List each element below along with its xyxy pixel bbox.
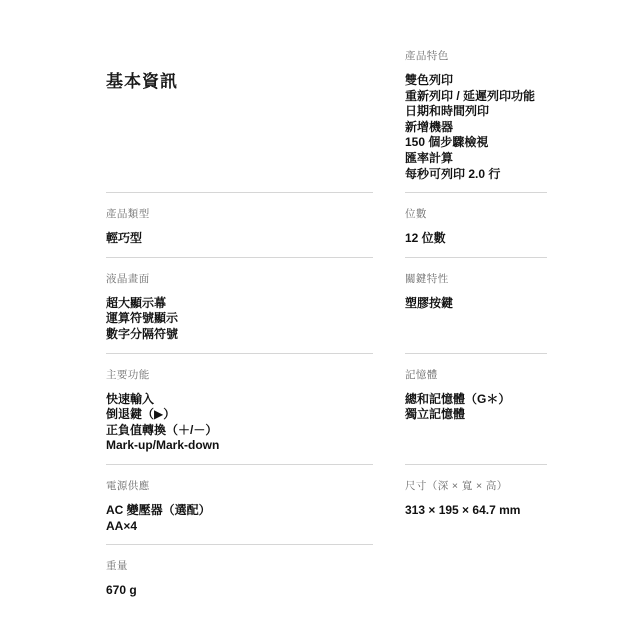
section-main-functions: 主要功能 快速輸入 倒退鍵（▶） 正負值轉換（＋/－） Mark-up/Mark… <box>106 353 373 464</box>
spec-value: 雙色列印 <box>405 73 547 89</box>
spec-value: 數字分隔符號 <box>106 327 373 343</box>
spec-value: 313 × 195 × 64.7 mm <box>405 503 547 519</box>
spec-value: 日期和時間列印 <box>405 104 547 120</box>
spec-value: 運算符號顯示 <box>106 311 373 327</box>
section-label: 位數 <box>405 208 547 220</box>
section-label: 記憶體 <box>405 369 547 381</box>
section-values: 670 g <box>106 583 373 599</box>
section-dimensions: 尺寸（深 × 寬 × 高） 313 × 195 × 64.7 mm <box>405 464 547 544</box>
spec-value: 總和記憶體（G＊） <box>405 392 547 408</box>
section-label: 電源供應 <box>106 480 373 492</box>
section-values: 總和記憶體（G＊） 獨立記憶體 <box>405 392 547 423</box>
section-values: 塑膠按鍵 <box>405 296 547 312</box>
spec-value: 超大顯示幕 <box>106 296 373 312</box>
section-values: 雙色列印 重新列印 / 延遲列印功能 日期和時間列印 新增機器 150 個步驟檢… <box>405 73 547 182</box>
spec-value: 匯率計算 <box>405 151 547 167</box>
section-values: AC 變壓器（選配） AA×4 <box>106 503 373 534</box>
spec-value: 獨立記憶體 <box>405 407 547 423</box>
section-label: 重量 <box>106 560 373 572</box>
spec-page: 基本資訊 產品特色 雙色列印 重新列印 / 延遲列印功能 日期和時間列印 新增機… <box>106 0 640 609</box>
spec-value: 150 個步驟檢視 <box>405 135 547 151</box>
section-memory: 記憶體 總和記憶體（G＊） 獨立記憶體 <box>405 353 547 464</box>
spec-value: 輕巧型 <box>106 231 373 247</box>
spec-value: 塑膠按鍵 <box>405 296 547 312</box>
section-key-characteristics: 關鍵特性 塑膠按鍵 <box>405 257 547 353</box>
section-label: 尺寸（深 × 寬 × 高） <box>405 480 547 492</box>
section-values: 輕巧型 <box>106 231 373 247</box>
section-product-type: 產品類型 輕巧型 <box>106 192 373 257</box>
section-product-features: 產品特色 雙色列印 重新列印 / 延遲列印功能 日期和時間列印 新增機器 150… <box>405 0 547 192</box>
spec-value: 倒退鍵（▶） <box>106 407 373 423</box>
section-label: 產品類型 <box>106 208 373 220</box>
section-basic-info: 基本資訊 <box>106 0 373 192</box>
spec-value: 快速輸入 <box>106 392 373 408</box>
section-digits: 位數 12 位數 <box>405 192 547 257</box>
section-label: 主要功能 <box>106 369 373 381</box>
section-values: 超大顯示幕 運算符號顯示 數字分隔符號 <box>106 296 373 343</box>
section-label: 關鍵特性 <box>405 273 547 285</box>
section-values: 快速輸入 倒退鍵（▶） 正負值轉換（＋/－） Mark-up/Mark-down <box>106 392 373 454</box>
spec-value: 正負值轉換（＋/－） <box>106 423 373 439</box>
section-values: 12 位數 <box>405 231 547 247</box>
section-label: 液晶畫面 <box>106 273 373 285</box>
spec-value: AC 變壓器（選配） <box>106 503 373 519</box>
section-values: 313 × 195 × 64.7 mm <box>405 503 547 519</box>
spec-value: 重新列印 / 延遲列印功能 <box>405 89 547 105</box>
empty-cell <box>405 544 547 545</box>
spec-value: 新增機器 <box>405 120 547 136</box>
page-title: 基本資訊 <box>106 73 373 91</box>
section-label: 產品特色 <box>405 50 547 62</box>
spec-value: AA×4 <box>106 519 373 535</box>
section-weight: 重量 670 g <box>106 544 373 609</box>
spec-value: 670 g <box>106 583 373 599</box>
spec-value: 每秒可列印 2.0 行 <box>405 167 547 183</box>
spec-value: 12 位數 <box>405 231 547 247</box>
spec-value: Mark-up/Mark-down <box>106 438 373 454</box>
section-power-supply: 電源供應 AC 變壓器（選配） AA×4 <box>106 464 373 544</box>
section-lcd-display: 液晶畫面 超大顯示幕 運算符號顯示 數字分隔符號 <box>106 257 373 353</box>
